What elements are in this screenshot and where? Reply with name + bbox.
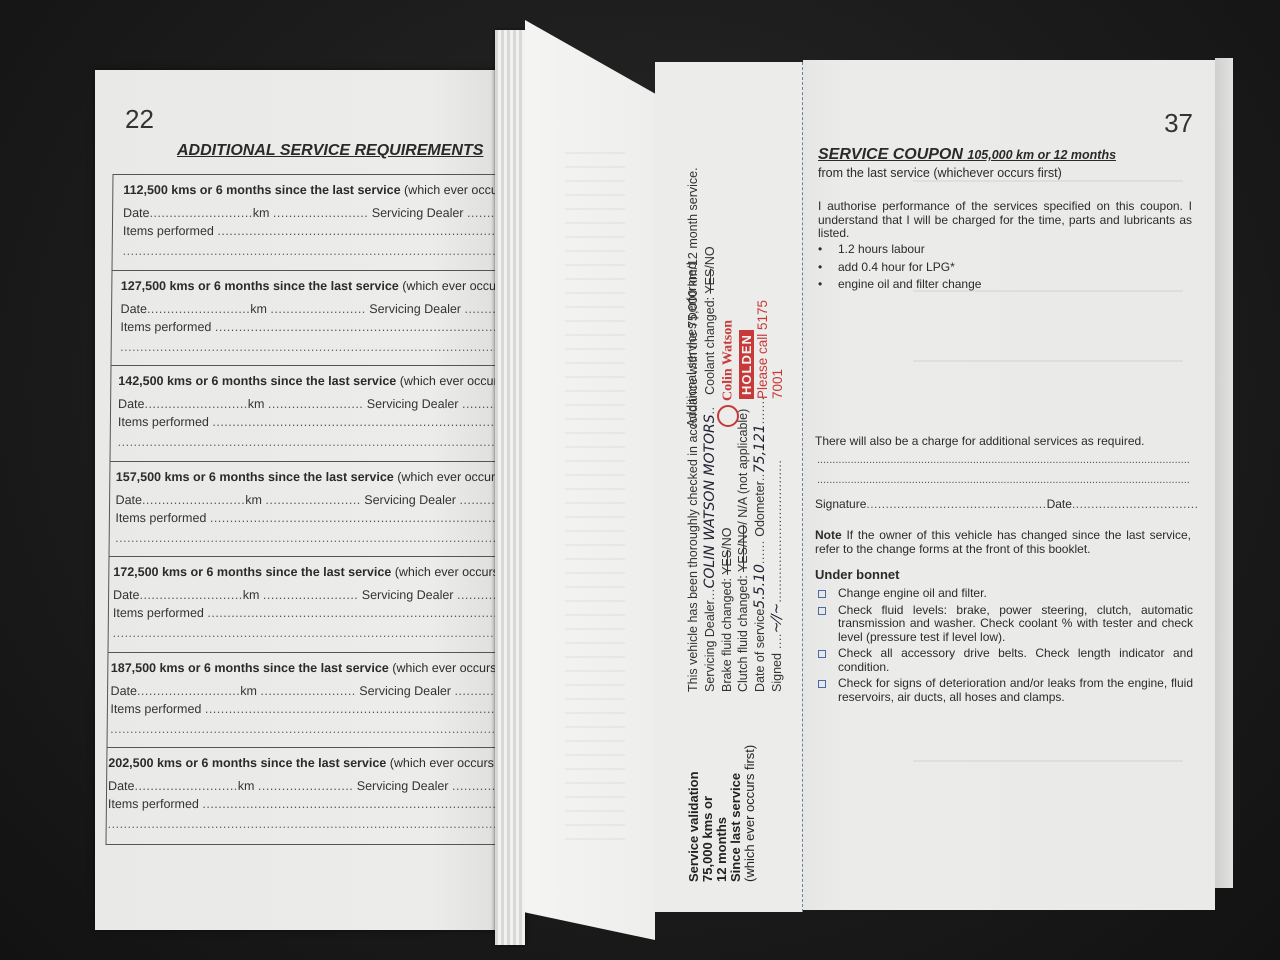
service-entry: 172,500 kms or 6 months since the last s… xyxy=(108,557,528,653)
bullet-item: •1.2 hours labour xyxy=(818,242,981,260)
date-km-dealer-field[interactable]: Date..........................km .......… xyxy=(121,302,532,316)
clutch-fluid-field[interactable]: Clutch fluid changed: YES/NO/ N/A (not a… xyxy=(735,167,752,692)
service-entry: 142,500 kms or 6 months since the last s… xyxy=(111,366,531,462)
date-km-dealer-field[interactable]: Date..........................km .......… xyxy=(113,588,528,602)
service-validation-stub: Service validation 75,000 kms or 12 mont… xyxy=(655,62,803,912)
service-interval: 112,500 kms or 6 months since the last s… xyxy=(123,183,532,197)
service-interval: 187,500 kms or 6 months since the last s… xyxy=(111,661,528,675)
validation-line: 12 months xyxy=(715,722,729,882)
items-performed-line[interactable]: ........................................… xyxy=(110,722,527,736)
checklist-item[interactable]: Change engine oil and filter. xyxy=(815,587,1193,601)
items-performed-field[interactable]: Items performed ........................… xyxy=(113,606,528,620)
service-interval: 172,500 kms or 6 months since the last s… xyxy=(113,565,528,579)
show-through-line xyxy=(913,360,1183,362)
items-performed-field[interactable]: Items performed ........................… xyxy=(123,224,532,238)
service-entry: 127,500 kms or 6 months since the last s… xyxy=(112,271,532,367)
service-requirements-table: 112,500 kms or 6 months since the last s… xyxy=(105,174,532,845)
dealer-stamp: Colin Watson HOLDEN Please call 5175 700… xyxy=(703,297,785,427)
items-performed-field[interactable]: Items performed ........................… xyxy=(108,797,526,811)
page-title-left: ADDITIONAL SERVICE REQUIREMENTS xyxy=(177,142,483,160)
coupon-subtitle: from the last service (whichever occurs … xyxy=(818,166,1062,180)
items-performed-field[interactable]: Items performed ........................… xyxy=(115,511,529,525)
service-entry: 202,500 kms or 6 months since the last s… xyxy=(106,748,526,844)
show-through-line xyxy=(913,180,1183,182)
under-bonnet-checklist: Change engine oil and filter. Check flui… xyxy=(815,587,1193,707)
booklet-edge xyxy=(1215,58,1233,888)
additional-services-label: Additional services performed xyxy=(685,262,699,427)
servicing-dealer-field[interactable]: Servicing Dealer...COLIN WATSON MOTORS..… xyxy=(702,167,719,692)
coupon-title: SERVICE COUPON 105,000 km or 12 months xyxy=(818,146,1116,164)
date-km-dealer-field[interactable]: Date..........................km .......… xyxy=(123,206,532,220)
page-number-left: 22 xyxy=(125,104,154,135)
service-entry: 112,500 kms or 6 months since the last s… xyxy=(113,175,533,271)
turned-page-flap[interactable] xyxy=(525,20,655,940)
additional-charge-text: There will also be a charge for addition… xyxy=(815,434,1145,448)
date-km-dealer-field[interactable]: Date..........................km .......… xyxy=(118,397,530,411)
additional-services-line-2[interactable]: ........................................… xyxy=(817,474,1189,486)
checkbox-icon xyxy=(818,590,826,598)
show-through-line xyxy=(913,760,1183,762)
under-bonnet-heading: Under bonnet xyxy=(815,567,900,582)
validation-title: Service validation xyxy=(687,722,701,882)
validation-heading: Service validation 75,000 kms or 12 mont… xyxy=(687,722,757,882)
page-number-right: 37 xyxy=(1164,108,1193,139)
items-performed-field[interactable]: Items performed ........................… xyxy=(120,320,531,334)
signature-scribble: ~⁄∕~ xyxy=(769,603,785,634)
bullet-item: •engine oil and filter change xyxy=(818,277,981,295)
holden-lion-logo-icon xyxy=(717,405,739,427)
items-performed-line[interactable]: ........................................… xyxy=(118,435,530,449)
bullet-item: •add 0.4 hour for LPG* xyxy=(818,260,981,278)
checkbox-icon xyxy=(818,680,826,688)
items-performed-line[interactable]: ........................................… xyxy=(108,817,526,831)
validation-statement: This vehicle has been thoroughly checked… xyxy=(685,167,702,692)
validation-line: Since last service xyxy=(729,722,743,882)
brake-fluid-field[interactable]: Brake fluid changed: YES/NO xyxy=(719,167,736,692)
handwritten-date: 5.5.10 xyxy=(752,564,768,609)
authorisation-text: I authorise performance of the services … xyxy=(818,200,1192,241)
validation-note: (which ever occurs first) xyxy=(743,722,757,882)
checkbox-icon xyxy=(818,650,826,658)
service-interval: 157,500 kms or 6 months since the last s… xyxy=(116,470,530,484)
validation-line: 75,000 kms or xyxy=(701,722,715,882)
left-page: 22 ADDITIONAL SERVICE REQUIREMENTS 112,5… xyxy=(95,70,515,930)
date-km-dealer-field[interactable]: Date..........................km .......… xyxy=(111,684,528,698)
handwritten-dealer: COLIN WATSON MOTORS xyxy=(702,414,718,588)
checklist-item[interactable]: Check for signs of deterioration and/or … xyxy=(815,677,1193,704)
checklist-item[interactable]: Check fluid levels: brake, power steerin… xyxy=(815,604,1193,645)
items-performed-line[interactable]: ........................................… xyxy=(115,531,529,545)
date-km-dealer-field[interactable]: Date..........................km .......… xyxy=(116,493,530,507)
right-page: 37 SERVICE COUPON 105,000 km or 12 month… xyxy=(803,60,1215,910)
checklist-item[interactable]: Check all accessory drive belts. Check l… xyxy=(815,647,1193,674)
date-odometer-field[interactable]: Date of service5.5.10...... Odometer..75… xyxy=(752,167,769,692)
stub-content-rotated: Service validation 75,000 kms or 12 mont… xyxy=(683,102,783,882)
items-performed-line[interactable]: ........................................… xyxy=(113,626,528,640)
service-entry: 157,500 kms or 6 months since the last s… xyxy=(109,462,529,558)
service-entry: 187,500 kms or 6 months since the last s… xyxy=(107,653,527,749)
page-stack-edge xyxy=(495,30,525,945)
service-interval: 127,500 kms or 6 months since the last s… xyxy=(121,279,532,293)
service-interval: 202,500 kms or 6 months since the last s… xyxy=(108,756,526,770)
date-km-dealer-field[interactable]: Date..........................km .......… xyxy=(108,779,526,793)
items-performed-line[interactable]: ........................................… xyxy=(123,244,532,258)
signed-field[interactable]: Signed ....~⁄∕~.........................… xyxy=(769,167,786,692)
handwritten-odometer: 75,121 xyxy=(752,424,768,473)
items-performed-field[interactable]: Items performed ........................… xyxy=(118,415,530,429)
additional-services-line-1[interactable]: ........................................… xyxy=(817,454,1189,466)
signature-date-field[interactable]: Signature...............................… xyxy=(815,497,1198,511)
validation-fields: This vehicle has been thoroughly checked… xyxy=(685,167,786,692)
items-performed-field[interactable]: Items performed ........................… xyxy=(110,702,527,716)
checkbox-icon xyxy=(818,607,826,615)
service-interval: 142,500 kms or 6 months since the last s… xyxy=(118,374,530,388)
items-performed-line[interactable]: ........................................… xyxy=(120,340,531,354)
owner-change-note: Note If the owner of this vehicle has ch… xyxy=(815,529,1191,556)
coupon-bullets: •1.2 hours labour •add 0.4 hour for LPG*… xyxy=(818,242,981,295)
show-through-text xyxy=(565,140,625,840)
